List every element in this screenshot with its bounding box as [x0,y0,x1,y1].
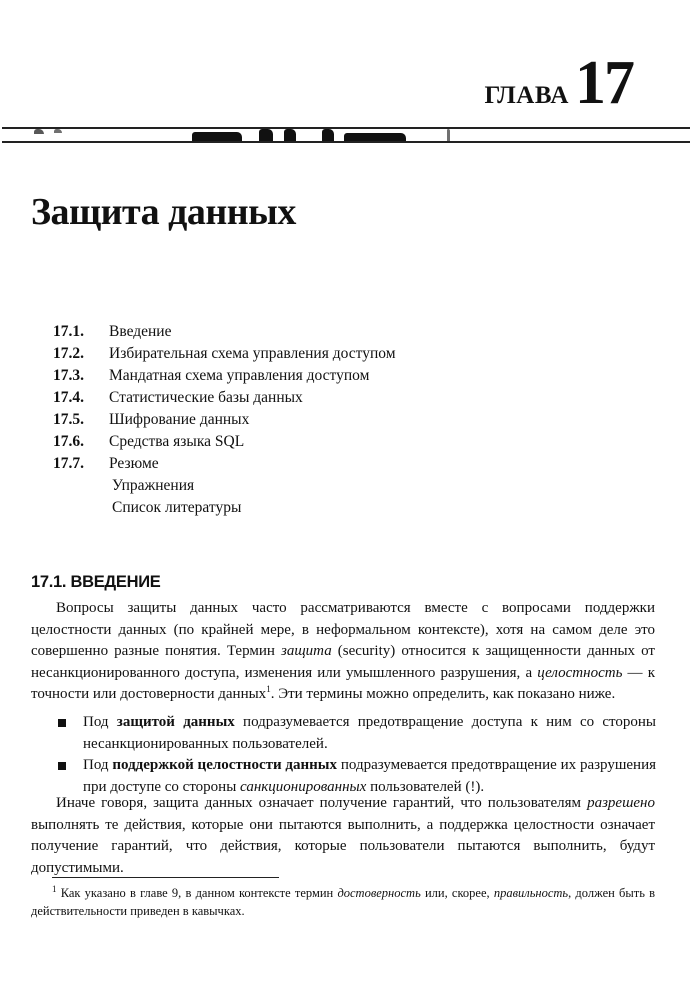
list-item: Под защитой данных подразумевается предо… [58,712,656,755]
rule-blot [284,129,296,141]
toc-label: Средства языка SQL [109,431,244,453]
chapter-header: ГЛАВА 17 [485,52,633,114]
text-run: Иначе говоря, защита данных означает пол… [56,795,587,811]
summary-paragraph: Иначе говоря, защита данных означает пол… [31,793,655,879]
rule-blot [322,129,334,141]
rule-blot [54,129,62,133]
rule-blot [344,133,406,141]
toc-number: 17.3. [53,365,109,387]
intro-paragraph: Вопросы защиты данных часто рассматриваю… [31,598,655,706]
text-run: Под [83,714,117,730]
page-title: Защита данных [31,190,296,234]
toc-number: 17.4. [53,387,109,409]
italic-term: защита [281,643,332,659]
text-run: выполнять те действия, которые они пытаю… [31,817,655,876]
toc-label: Мандатная схема управления доступом [109,365,369,387]
bold-term: защитой данных [117,714,235,730]
section-heading: 17.1. ВВЕДЕНИЕ [31,573,160,592]
toc-item: 17.3.Мандатная схема управления доступом [53,365,396,387]
table-of-contents: 17.1.Введение 17.2.Избирательная схема у… [53,321,396,519]
footnote: 1 Как указано в главе 9, в данном контек… [31,884,655,920]
toc-label: Шифрование данных [109,409,249,431]
italic-term: разрешено [587,795,655,811]
toc-label: Избирательная схема управления доступом [109,343,396,365]
rule-blot [259,129,273,141]
italic-term: достоверность [337,886,420,900]
toc-exercises: Упражнения [53,475,396,497]
square-bullet-icon [58,762,66,770]
toc-item: 17.4.Статистические базы данных [53,387,396,409]
toc-number: 17.2. [53,343,109,365]
chapter-number: 17 [575,52,633,114]
chapter-label: ГЛАВА [485,82,569,110]
toc-number: 17.6. [53,431,109,453]
toc-label: Статистические базы данных [109,387,303,409]
rule-line-top [2,127,690,129]
bold-term: поддержкой целостности данных [112,757,337,773]
italic-term: правильность [494,886,568,900]
text-run: Как указано в главе 9, в данном контекст… [57,886,338,900]
rule-line-bottom [2,141,690,143]
italic-term: целостность [537,665,622,681]
toc-number: 17.1. [53,321,109,343]
text-run: . Эти термины можно определить, как пока… [271,686,616,702]
rule-blot [34,129,44,134]
toc-number: 17.5. [53,409,109,431]
toc-label: Введение [109,321,171,343]
text-run: или, скорее, [421,886,494,900]
toc-item: 17.7.Резюме [53,453,396,475]
toc-item: 17.6.Средства языка SQL [53,431,396,453]
definition-list: Под защитой данных подразумевается предо… [58,712,656,798]
rule-blot [447,129,450,141]
square-bullet-icon [58,719,66,727]
decorative-rule [2,127,690,143]
toc-item: 17.2.Избирательная схема управления дост… [53,343,396,365]
toc-item: 17.1.Введение [53,321,396,343]
rule-blot [192,132,242,141]
toc-bibliography: Список литературы [53,497,396,519]
toc-item: 17.5.Шифрование данных [53,409,396,431]
toc-label: Резюме [109,453,159,475]
list-item: Под поддержкой целостности данных подраз… [58,755,656,798]
toc-number: 17.7. [53,453,109,475]
footnote-divider [52,877,279,878]
text-run: Под [83,757,112,773]
